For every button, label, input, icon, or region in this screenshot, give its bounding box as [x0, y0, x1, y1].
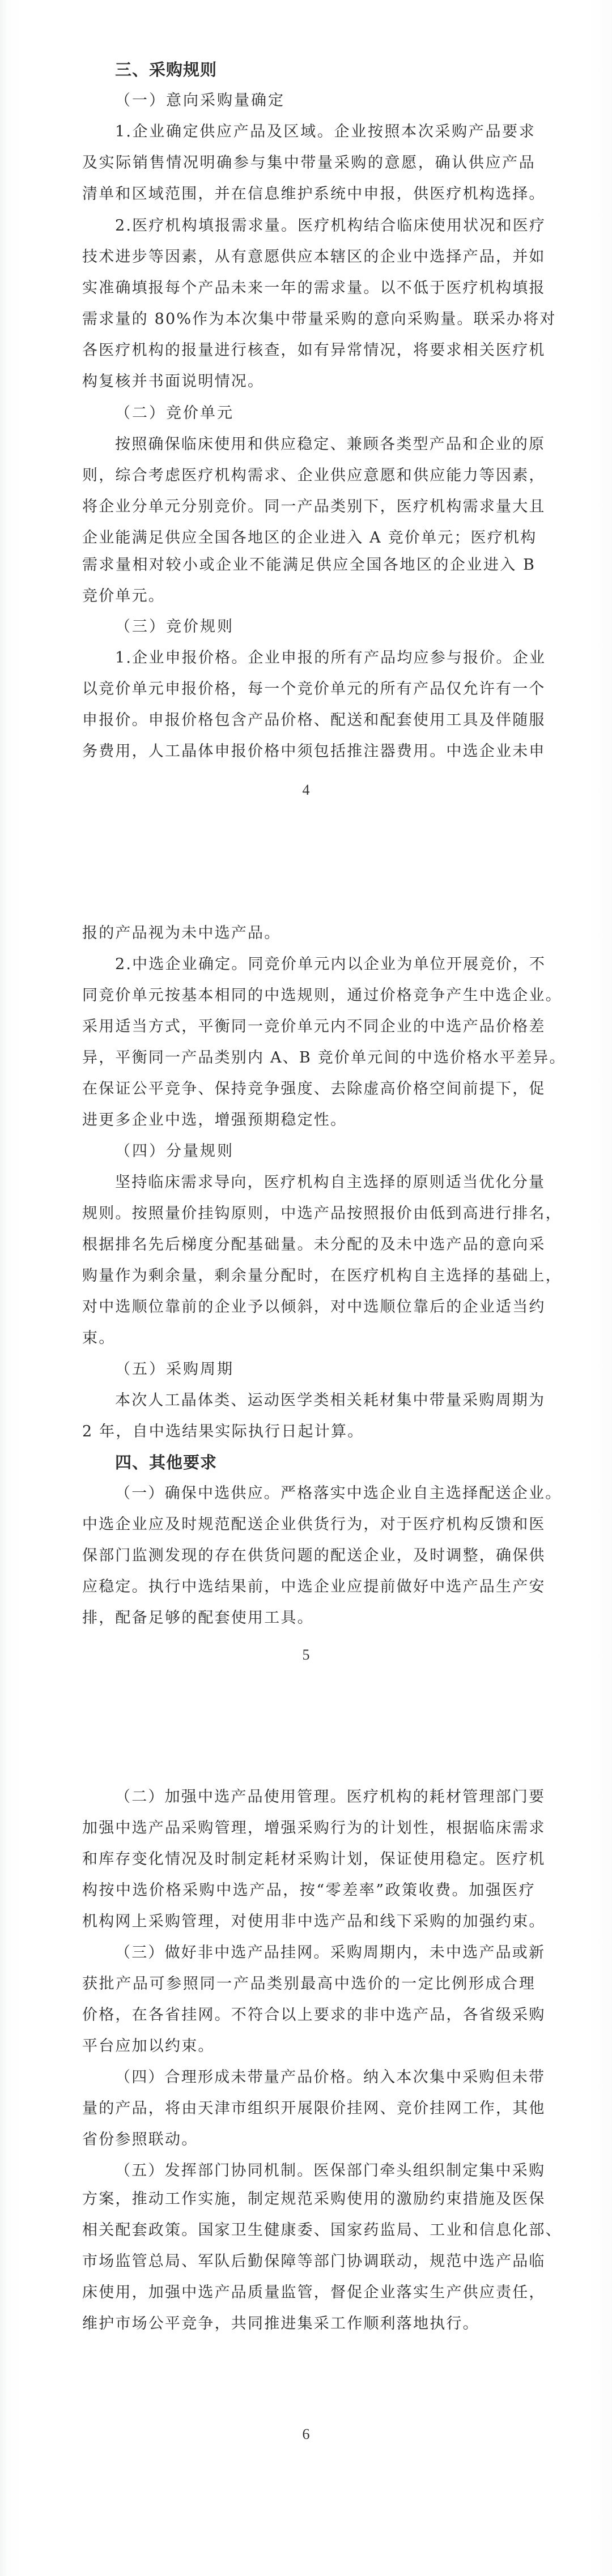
paragraph-line: 保部门监测发现的存在供货问题的配送企业，及时调整，确保供: [82, 1545, 535, 1567]
page-number: 4: [300, 782, 312, 799]
paragraph-line: 平台应加以约束。: [82, 2035, 535, 2058]
paragraph-line: 构复核并书面说明情况。: [82, 370, 535, 393]
paragraph-line: 规则。按照量价挂钩原则，中选产品按照报价由低到高进行排名，: [82, 1202, 535, 1225]
paragraph-line: 坚持临床需求导向，医疗机构自主选择的原则适当优化分量: [115, 1171, 535, 1194]
paragraph-line: 获批产品可参照同一产品类别最高中选价的一定比例形成合理: [82, 1973, 535, 1995]
paragraph-line: 需求量的 80%作为本次集中带量采购的意向采购量。联采办将对: [82, 308, 535, 331]
paragraph-line: 报的产品视为未中选产品。: [82, 922, 535, 945]
paragraph-line: 机构网上采购管理，对使用非中选产品和线下采购的加强约束。: [82, 1910, 535, 1933]
paragraph-line: 1.企业确定供应产品及区域。企业按照本次采购产品要求: [115, 121, 535, 143]
paragraph-line: 务费用，人工晶体申报价格中须包括推注器费用。中选企业未申: [82, 740, 535, 763]
paragraph-line: 清单和区域范围，并在信息维护系统中申报，供医疗机构选择。: [82, 183, 535, 206]
paragraph-line: （三）做好非中选产品挂网。采购周期内，未中选产品或新: [115, 1942, 535, 1964]
subsection-heading: （一）意向采购量确定: [115, 89, 568, 112]
paragraph-line: 中选企业应及时规范配送企业供货行为，对于医疗机构反馈和医: [82, 1513, 535, 1536]
subsection-heading: （三）竞价规则: [115, 616, 568, 638]
paragraph-line: 维护市场公平竞争，共同推进集采工作顺利落地执行。: [82, 2313, 535, 2335]
paragraph-line: 按照确保临床使用和供应稳定、兼顾各类型产品和企业的原: [115, 433, 535, 456]
paragraph-line: 方案，推动工作实施，制定规范采购使用的激励约束措施及医保: [82, 2188, 535, 2211]
paragraph-line: 2.医疗机构填报需求量。医疗机构结合临床使用状况和医疗: [115, 215, 535, 237]
paragraph-line: 束。: [82, 1327, 535, 1350]
section-heading: 四、其他要求: [115, 1451, 568, 1474]
paragraph-line: 应稳定。执行中选结果前，中选企业应提前做好中选产品生产安: [82, 1576, 535, 1598]
paragraph-line: 进更多企业中选，增强预期稳定性。: [82, 1109, 535, 1132]
paragraph-line: 技术进步等因素，从有意愿供应本辖区的企业中选择产品，并如: [82, 246, 535, 268]
paragraph-line: 在保证公平竞争、保持竞争强度、去除虚高价格空间前提下，促: [82, 1078, 535, 1101]
paragraph-line: 市场监管总局、军队后勤保障等部门协调联动，规范中选产品临: [82, 2250, 535, 2273]
paragraph-line: （五）发挥部门协同机制。医保部门牵头组织制定集中采购: [115, 2160, 535, 2182]
paragraph-line: 则，综合考虑医疗机构需求、企业供应意愿和供应能力等因素，: [82, 464, 535, 487]
page-number: 5: [300, 1647, 312, 1664]
paragraph-line: （一）确保中选供应。严格落实中选企业自主选择配送企业。: [115, 1482, 535, 1505]
paragraph-line: 和库存变化情况及时制定耗材采购计划，保证使用稳定。医疗机: [82, 1848, 535, 1871]
paragraph-line: 采用适当方式，平衡同一竞价单元内不同企业的中选产品价格差: [82, 1016, 535, 1038]
paragraph-line: 对中选顺位靠前的企业予以倾斜，对中选顺位靠后的企业适当约: [82, 1296, 535, 1319]
paragraph-line: 构按中选价格采购中选产品，按“零差率”政策收费。加强医疗: [82, 1879, 535, 1902]
paragraph-line: 排，配备足够的配套使用工具。: [82, 1607, 535, 1630]
paragraph-line: 需求量相对较小或企业不能满足供应全国各地区的企业进入 B: [82, 554, 535, 577]
paragraph-line: 各医疗机构的报量进行核查，如有异常情况，将要求相关医疗机: [82, 339, 535, 362]
paragraph-line: 竞价单元。: [82, 585, 535, 608]
paragraph-line: 省份参照联动。: [82, 2129, 535, 2151]
subsection-heading: （四）分量规则: [115, 1140, 568, 1163]
paragraph-line: 以竞价单元申报价格，每一个竞价单元的所有产品仅允许有一个: [82, 678, 535, 701]
paragraph-line: 相关配套政策。国家卫生健康委、国家药监局、工业和信息化部、: [82, 2219, 535, 2242]
paragraph-line: 异，平衡同一产品类别内 A、B 竞价单元间的中选价格水平差异。: [82, 1047, 535, 1069]
paragraph-line: （二）加强中选产品使用管理。医疗机构的耗材管理部门要: [115, 1786, 535, 1809]
page-number: 6: [300, 2426, 312, 2443]
section-heading: 三、采购规则: [115, 58, 568, 81]
paragraph-line: 购量作为剩余量，剩余量分配时，在医疗机构自主选择的基础上，: [82, 1265, 535, 1287]
subsection-heading: （五）采购周期: [115, 1358, 568, 1381]
paragraph-line: 量的产品，将由天津市组织开展限价挂网、竞价挂网工作，其他: [82, 2097, 535, 2120]
paragraph-line: 根据排名先后梯度分配基础量。未分配的及未中选产品的意向采: [82, 1234, 535, 1256]
paragraph-line: 1.企业申报价格。企业申报的所有产品均应参与报价。企业: [115, 647, 535, 669]
paragraph-line: 将企业分单元分别竞价。同一产品类别下，医疗机构需求量大且: [82, 496, 535, 518]
paragraph-line: 及实际销售情况明确参与集中带量采购的意愿，确认供应产品: [82, 152, 535, 174]
paragraph-line: 同竞价单元按基本相同的中选规则，通过价格竞争产生中选企业。: [82, 984, 535, 1007]
paragraph-line: 2 年，自中选结果实际执行日起计算。: [82, 1421, 535, 1443]
paragraph-line: 企业能满足供应全国各地区的企业进入 A 竞价单元；医疗机构: [82, 527, 535, 549]
paragraph-line: （四）合理形成未带量产品价格。纳入本次集中采购但未带: [115, 2066, 535, 2089]
paragraph-line: 申报价。申报价格包含产品价格、配送和配套使用工具及伴随服: [82, 709, 535, 732]
subsection-heading: （二）竞价单元: [115, 402, 568, 425]
paragraph-line: 床使用，加强中选产品质量监管，督促企业落实生产供应责任，: [82, 2281, 535, 2304]
paragraph-line: 实准确填报每个产品未来一年的需求量。以不低于医疗机构填报: [82, 277, 535, 300]
paragraph-line: 本次人工晶体类、运动医学类相关耗材集中带量采购周期为: [115, 1389, 535, 1412]
paragraph-line: 2.中选企业确定。同竞价单元内以企业为单位开展竞价，不: [115, 953, 535, 976]
paragraph-line: 价格，在各省挂网。不符合以上要求的非中选产品，各省级采购: [82, 2004, 535, 2027]
paragraph-line: 加强中选产品采购管理，增强采购行为的计划性，根据临床需求: [82, 1817, 535, 1840]
